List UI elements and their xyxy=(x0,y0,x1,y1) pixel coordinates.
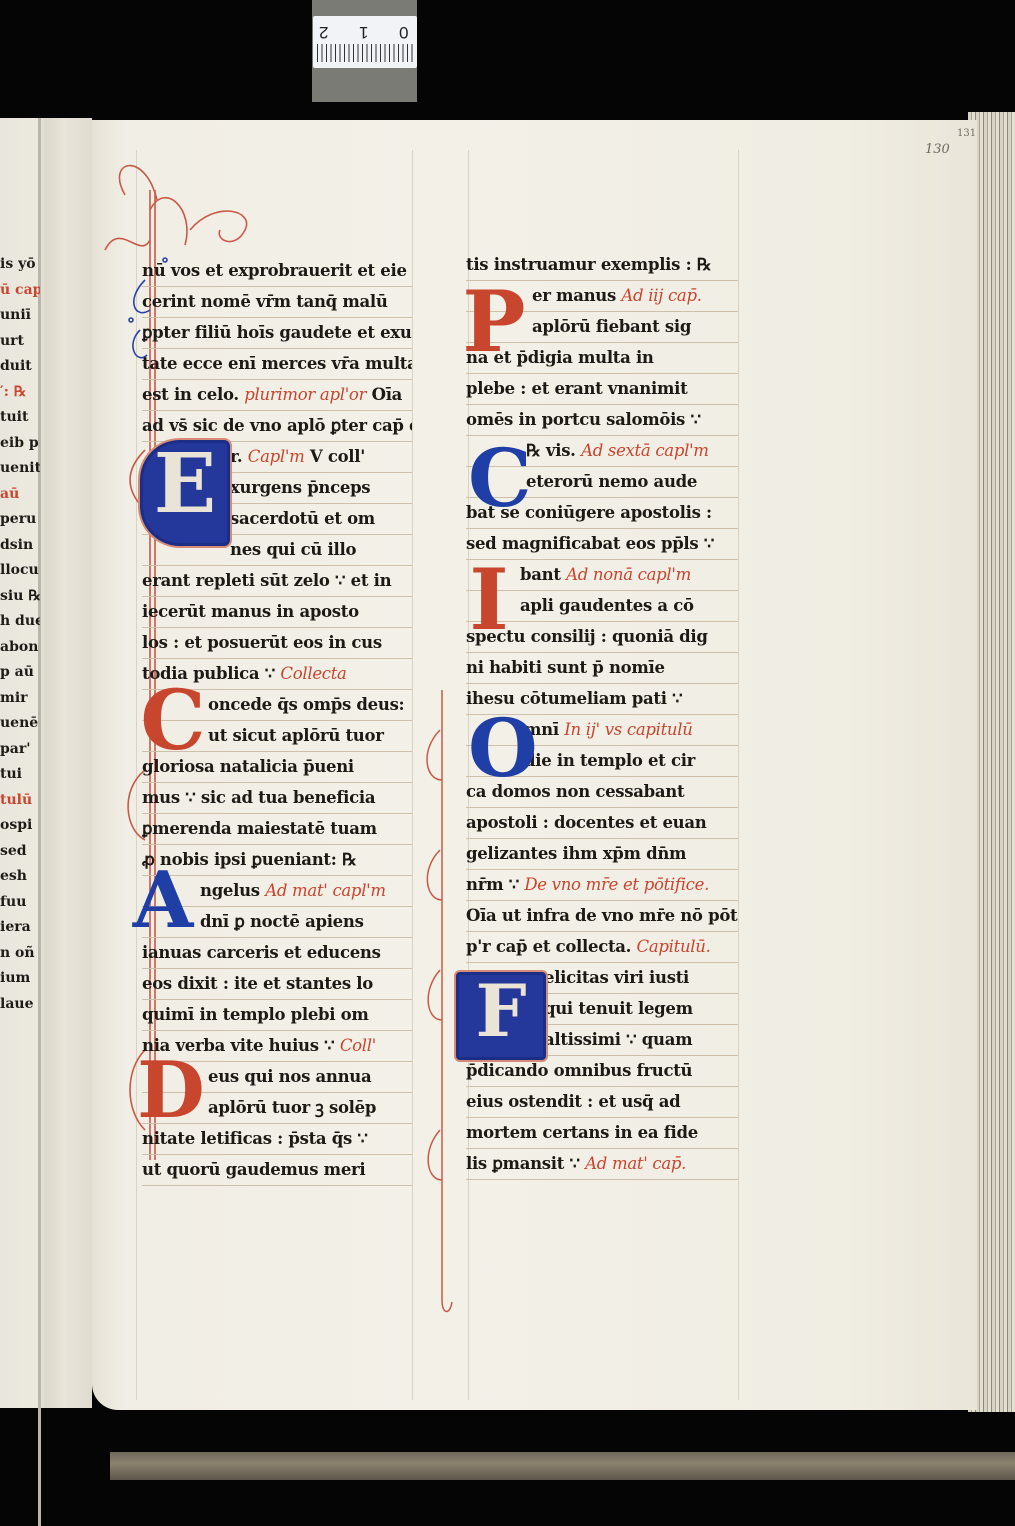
binding-bottom-edge xyxy=(110,1452,1015,1480)
blue-initial-O: O xyxy=(468,708,528,788)
body-text: Oīa xyxy=(366,385,402,404)
body-text: dnī ꝑ noctē apiens xyxy=(200,912,364,931)
body-text: ut sicut aplōrū tuor xyxy=(208,726,384,745)
previous-page-line: siu ℞ xyxy=(0,584,40,610)
body-text: mortem certans in ea fide xyxy=(466,1123,698,1142)
rubric-text: In ij' vs capitulū xyxy=(564,720,692,739)
previous-page-line: tui xyxy=(0,762,40,788)
ruler-ticks xyxy=(317,44,413,62)
text-line: nr̄m ∵ De vno mr̄e et pōtifice. xyxy=(466,870,738,901)
rubric-text: De vno mr̄e et pōtifice. xyxy=(524,875,709,894)
body-text: apli gaudentes a cō xyxy=(520,596,694,615)
body-text: gelizantes ihm xp̄m dn̄m xyxy=(466,844,686,863)
body-text: los : et posuerūt eos in cus xyxy=(142,633,382,652)
body-text: eius ostendit : et usq̄ ad xyxy=(466,1092,680,1111)
blue-initial-C: C xyxy=(468,438,530,518)
text-line: p̄dicando omnibus fructū xyxy=(466,1056,738,1087)
text-line: mortem certans in ea fide xyxy=(466,1118,738,1149)
illuminated-initial-E: E xyxy=(140,440,230,546)
body-text: altissimi ∵ quam xyxy=(544,1030,692,1049)
body-text: quimī in templo plebi om xyxy=(142,1005,369,1024)
previous-page-line: llocu xyxy=(0,558,40,584)
text-line: est in celo. plurimor apl'or Oīa xyxy=(142,380,412,411)
text-line: Oīa ut infra de vno mr̄e nō pōt xyxy=(466,901,738,932)
body-text: bant xyxy=(520,565,566,584)
ruling-line xyxy=(738,150,739,1400)
rubric-text: Coll' xyxy=(340,1036,376,1055)
previous-page-line: par' xyxy=(0,737,40,763)
previous-page-line: laue xyxy=(0,992,40,1018)
body-text: ut quorū gaudemus meri xyxy=(142,1160,365,1179)
body-text: p'r cap̄ et collecta. xyxy=(466,937,637,956)
previous-page-line: iera xyxy=(0,915,40,941)
rubric-text: plurimor apl'or xyxy=(244,385,366,404)
body-text: Oīa ut infra de vno mr̄e nō pōt xyxy=(466,906,737,925)
rubric-text: Ad sextā capl'm xyxy=(581,441,709,460)
body-text: ad vs̄ sic de vno aplō ꝑter cap̄ et xyxy=(142,416,412,435)
rubric-text: Capl'm xyxy=(248,447,305,466)
rubricated-initial-D: D xyxy=(136,1052,206,1130)
ruler-label: 0 xyxy=(399,22,408,42)
rubric-text: Ad nonā capl'm xyxy=(566,565,691,584)
folio-number-lower: 130 xyxy=(925,142,950,157)
previous-page-line: urt xyxy=(0,329,40,355)
text-line: tate ecce enī merces vr̄a multa xyxy=(142,349,412,380)
text-line: ꝑpter filiū hoīs gaudete et exul xyxy=(142,318,412,349)
previous-page-line: esh xyxy=(0,864,40,890)
body-text: eterorū nemo aude xyxy=(526,472,697,491)
previous-page-line: uniī xyxy=(0,303,40,329)
previous-page-line: tuit xyxy=(0,405,40,431)
previous-page-line: abon xyxy=(0,635,40,661)
body-text: qui tenuit legem xyxy=(544,999,693,1018)
previous-page-line: fuu xyxy=(0,890,40,916)
previous-page-line: dsin xyxy=(0,533,40,559)
rubric-text: Capitulū. xyxy=(637,937,711,956)
text-line: ut quorū gaudemus meri xyxy=(142,1155,412,1186)
illuminated-initial-F: F xyxy=(456,972,546,1060)
body-text: apostoli : docentes et euan xyxy=(466,813,706,832)
previous-page-line: eib p: xyxy=(0,431,40,457)
body-text: lis ꝑmansit ∵ xyxy=(466,1154,585,1173)
body-text: cerint nomē vr̄m tanq̄ malū xyxy=(142,292,388,311)
previous-page-line: sed xyxy=(0,839,40,865)
pen-flourish-border-middle xyxy=(420,690,460,1320)
rubricated-initial-I: I xyxy=(458,558,520,642)
previous-page-line: uenē xyxy=(0,711,40,737)
previous-page-line: duit xyxy=(0,354,40,380)
body-text: die in templo et cir xyxy=(524,751,695,770)
text-line: p'r cap̄ et collecta. Capitulū. xyxy=(466,932,738,963)
previous-page-line: ospi xyxy=(0,813,40,839)
body-text: nū vos et exprobrauerit et eie xyxy=(142,261,407,280)
body-text: ꝑmerenda maiestatē tuam xyxy=(142,819,377,838)
previous-page-line: ′: ℞ xyxy=(0,380,40,406)
body-text: aplōrū tuor ꝫ solēp xyxy=(208,1098,376,1117)
previous-page-line: aū xyxy=(0,482,40,508)
previous-page-line: ū cap. xyxy=(0,278,40,304)
text-line: quimī in templo plebi om xyxy=(142,1000,412,1031)
previous-page-line: h due xyxy=(0,609,40,635)
body-text: mus ∵ sic ad tua beneficia xyxy=(142,788,375,807)
previous-page-line: mir xyxy=(0,686,40,712)
body-text: ꝑpter filiū hoīs gaudete et exul xyxy=(142,323,412,342)
body-text: est in celo. xyxy=(142,385,244,404)
text-line: apostoli : docentes et euan xyxy=(466,808,738,839)
previous-page-line: ium xyxy=(0,966,40,992)
rubric-text: Collecta xyxy=(280,664,346,683)
text-line: eos dixit : ite et stantes lo xyxy=(142,969,412,1000)
text-line: iecerūt manus in aposto xyxy=(142,597,412,628)
previous-page-line: is yō xyxy=(0,252,40,278)
rubric-text: Ad iij cap̄. xyxy=(621,286,701,305)
body-text: ngelus xyxy=(200,881,265,900)
previous-page-line: peru xyxy=(0,507,40,533)
body-text: eus qui nos annua xyxy=(208,1067,371,1086)
body-text: iecerūt manus in aposto xyxy=(142,602,359,621)
ruler-label: 1 xyxy=(359,22,368,42)
text-line: gelizantes ihm xp̄m dn̄m xyxy=(466,839,738,870)
text-line: nū vos et exprobrauerit et eie xyxy=(142,256,412,287)
body-text: erant repleti sūt zelo ∵ et in xyxy=(142,571,391,590)
body-text: ℞ vis. xyxy=(526,441,581,460)
body-text: sacerdotū et om xyxy=(230,509,375,528)
previous-page-line: p aū xyxy=(0,660,40,686)
body-text: xurgens p̄nceps xyxy=(230,478,370,497)
body-text: ni habiti sunt p̄ nomīe xyxy=(466,658,665,677)
text-line: cerint nomē vr̄m tanq̄ malū xyxy=(142,287,412,318)
blue-initial-A: A xyxy=(128,862,198,940)
body-text: nr̄m ∵ xyxy=(466,875,524,894)
folio-number-upper: 131 xyxy=(957,128,976,139)
body-text: eos dixit : ite et stantes lo xyxy=(142,974,373,993)
body-text: er manus xyxy=(532,286,621,305)
body-text: r. xyxy=(230,447,248,466)
body-text: V coll' xyxy=(304,447,365,466)
text-line: mus ∵ sic ad tua beneficia xyxy=(142,783,412,814)
previous-page-line: tulū xyxy=(0,788,40,814)
body-text: elicitas viri iusti xyxy=(544,968,689,987)
text-line: plebe : et erant vnanimit xyxy=(466,374,738,405)
previous-page-line: n oñ xyxy=(0,941,40,967)
body-text: p̄dicando omnibus fructū xyxy=(466,1061,692,1080)
scale-ruler: 2 1 0 xyxy=(313,16,417,68)
text-line: ni habiti sunt p̄ nomīe xyxy=(466,653,738,684)
rubric-text: Ad mat' capl'm xyxy=(265,881,386,900)
body-text: tate ecce enī merces vr̄a multa xyxy=(142,354,412,373)
rubric-text: Ad mat' cap̄. xyxy=(585,1154,686,1173)
body-text: oncede q̄s omp̄s deus: xyxy=(208,695,404,714)
previous-page-text: is yōū cap.uniīurtduit′: ℞tuiteib p:ueni… xyxy=(0,252,40,1017)
text-line: los : et posuerūt eos in cus xyxy=(142,628,412,659)
rubricated-initial-P: P xyxy=(458,280,530,364)
text-line: eius ostendit : et usq̄ ad xyxy=(466,1087,738,1118)
body-text: omēs in portcu salomōis ∵ xyxy=(466,410,701,429)
text-line: lis ꝑmansit ∵ Ad mat' cap̄. xyxy=(466,1149,738,1180)
body-text: nes qui cū illo xyxy=(230,540,356,559)
rubricated-initial-C: C xyxy=(140,680,206,762)
ruling-line xyxy=(412,150,413,1400)
previous-page-line: uenit xyxy=(0,456,40,482)
text-line: erant repleti sūt zelo ∵ et in xyxy=(142,566,412,597)
body-text: plebe : et erant vnanimit xyxy=(466,379,687,398)
body-text: aplōrū fiebant sig xyxy=(532,317,691,336)
ruler-label: 2 xyxy=(319,22,328,42)
text-line: ꝑmerenda maiestatē tuam xyxy=(142,814,412,845)
